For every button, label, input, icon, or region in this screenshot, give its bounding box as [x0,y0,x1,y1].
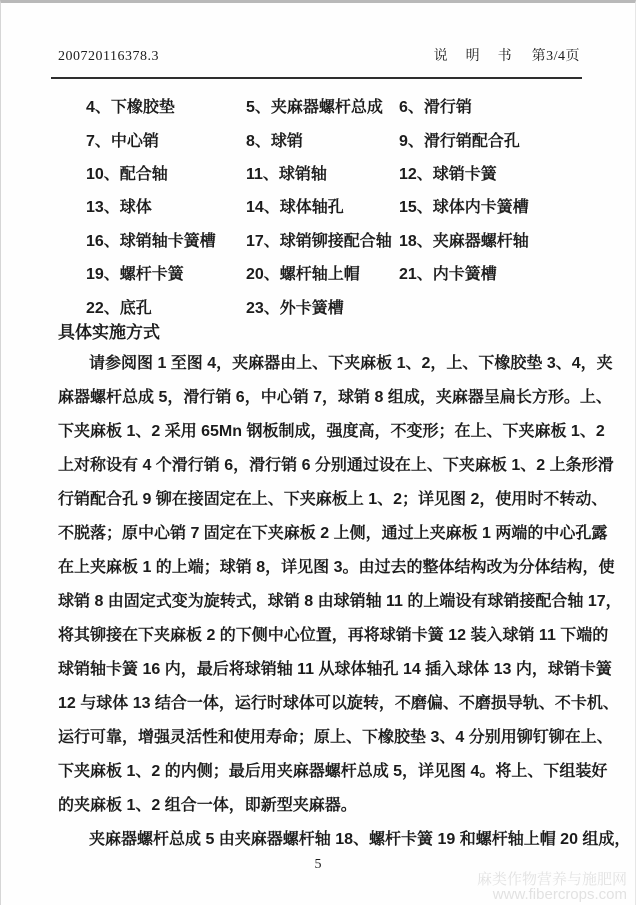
part-item: 11、球销轴 [246,161,399,184]
body-line: 的夹麻板 1、2 组合一体，即新型夹麻器。 [58,789,582,823]
body-line: 在上夹麻板 1 的上端；球销 8，详见图 3。由过去的整体结构改为分体结构，使 [58,551,582,585]
part-item: 20、螺杆轴上帽 [246,261,399,284]
part-item: 21、内卡簧槽 [399,261,590,284]
body-line: 上对称设有 4 个滑行销 6，滑行销 6 分别通过设在上、下夹麻板 1、2 上条… [58,449,582,483]
parts-row: 13、球体 14、球体轴孔 15、球体内卡簧槽 [86,189,590,222]
page-indicator: 第3/4页 [532,45,580,65]
part-item: 18、夹麻器螺杆轴 [399,228,590,251]
body-line: 球销 8 由固定式变为旋转式，球销 8 由球销轴 11 的上端设有球销接配合轴 … [58,585,582,619]
parts-row: 10、配合轴 11、球销轴 12、球销卡簧 [86,156,590,189]
body-line: 行销配合孔 9 铆在接固定在上、下夹麻板上 1、2；详见图 2，使用时不转动、 [58,483,582,517]
parts-row: 7、中心销 8、球销 9、滑行销配合孔 [86,122,590,155]
part-item: 15、球体内卡簧槽 [399,194,590,217]
body-line: 12 与球体 13 结合一体，运行时球体可以旋转，不磨偏、不磨损导轨、不卡机、 [58,687,582,721]
parts-row: 22、底孔 23、外卡簧槽 [86,289,590,322]
parts-row: 19、螺杆卡簧 20、螺杆轴上帽 21、内卡簧槽 [86,256,590,289]
body-line: 夹麻器螺杆总成 5 由夹麻器螺杆轴 18、螺杆卡簧 19 和螺杆轴上帽 20 组… [58,823,582,857]
part-item: 14、球体轴孔 [246,194,399,217]
part-item: 9、滑行销配合孔 [399,128,590,151]
body-line: 将其铆接在下夹麻板 2 的下侧中心位置，再将球销卡簧 12 装入球销 11 下端… [58,619,582,653]
watermark: 麻类作物营养与施肥网 www.fibercrops.com [477,872,627,902]
part-item: 6、滑行销 [399,94,590,117]
body-line: 下夹麻板 1、2 采用 65Mn 钢板制成，强度高，不变形；在上、下夹麻板 1、… [58,415,582,449]
watermark-site-name: 麻类作物营养与施肥网 [477,872,627,887]
header-divider [51,77,582,79]
specification-body: 请参阅图 1 至图 4，夹麻器由上、下夹麻板 1、2，上、下橡胶垫 3、4，夹 … [58,347,582,857]
body-line: 下夹麻板 1、2 的内侧；最后用夹麻器螺杆总成 5，详见图 4。将上、下组装好 [58,755,582,789]
header-right: 说 明 书 第3/4页 [434,45,580,65]
part-item: 12、球销卡簧 [399,161,590,184]
body-line: 请参阅图 1 至图 4，夹麻器由上、下夹麻板 1、2，上、下橡胶垫 3、4，夹 [58,347,582,381]
parts-list: 4、下橡胶垫 5、夹麻器螺杆总成 6、滑行销 7、中心销 8、球销 9、滑行销配… [86,89,590,323]
part-item: 17、球销铆接配合轴 [246,228,399,251]
part-item: 16、球销轴卡簧槽 [86,228,246,251]
page-header: 200720116378.3 说 明 书 第3/4页 [58,45,580,65]
part-item: 4、下橡胶垫 [86,94,246,117]
part-item: 13、球体 [86,194,246,217]
parts-row: 4、下橡胶垫 5、夹麻器螺杆总成 6、滑行销 [86,89,590,122]
patent-specification-page: 200720116378.3 说 明 书 第3/4页 4、下橡胶垫 5、夹麻器螺… [0,0,636,905]
part-item: 23、外卡簧槽 [246,295,399,318]
part-item: 19、螺杆卡簧 [86,261,246,284]
part-item: 5、夹麻器螺杆总成 [246,94,399,117]
body-line: 不脱落；原中心销 7 固定在下夹麻板 2 上侧，通过上夹麻板 1 两端的中心孔露 [58,517,582,551]
body-line: 球销轴卡簧 16 内，最后将球销轴 11 从球体轴孔 14 插入球体 13 内，… [58,653,582,687]
application-number: 200720116378.3 [58,49,159,65]
section-heading: 具体实施方式 [58,318,160,343]
watermark-site-url: www.fibercrops.com [477,887,627,902]
part-item: 22、底孔 [86,295,246,318]
part-item: 8、球销 [246,128,399,151]
part-item: 10、配合轴 [86,161,246,184]
body-line: 麻器螺杆总成 5，滑行销 6，中心销 7，球销 8 组成，夹麻器呈扁长方形。上、 [58,381,582,415]
part-item: 7、中心销 [86,128,246,151]
parts-row: 16、球销轴卡簧槽 17、球销铆接配合轴 18、夹麻器螺杆轴 [86,223,590,256]
document-type-label: 说 明 书 [434,45,514,65]
body-line: 运行可靠，增强灵活性和使用寿命；原上、下橡胶垫 3、4 分别用铆钉铆在上、 [58,721,582,755]
